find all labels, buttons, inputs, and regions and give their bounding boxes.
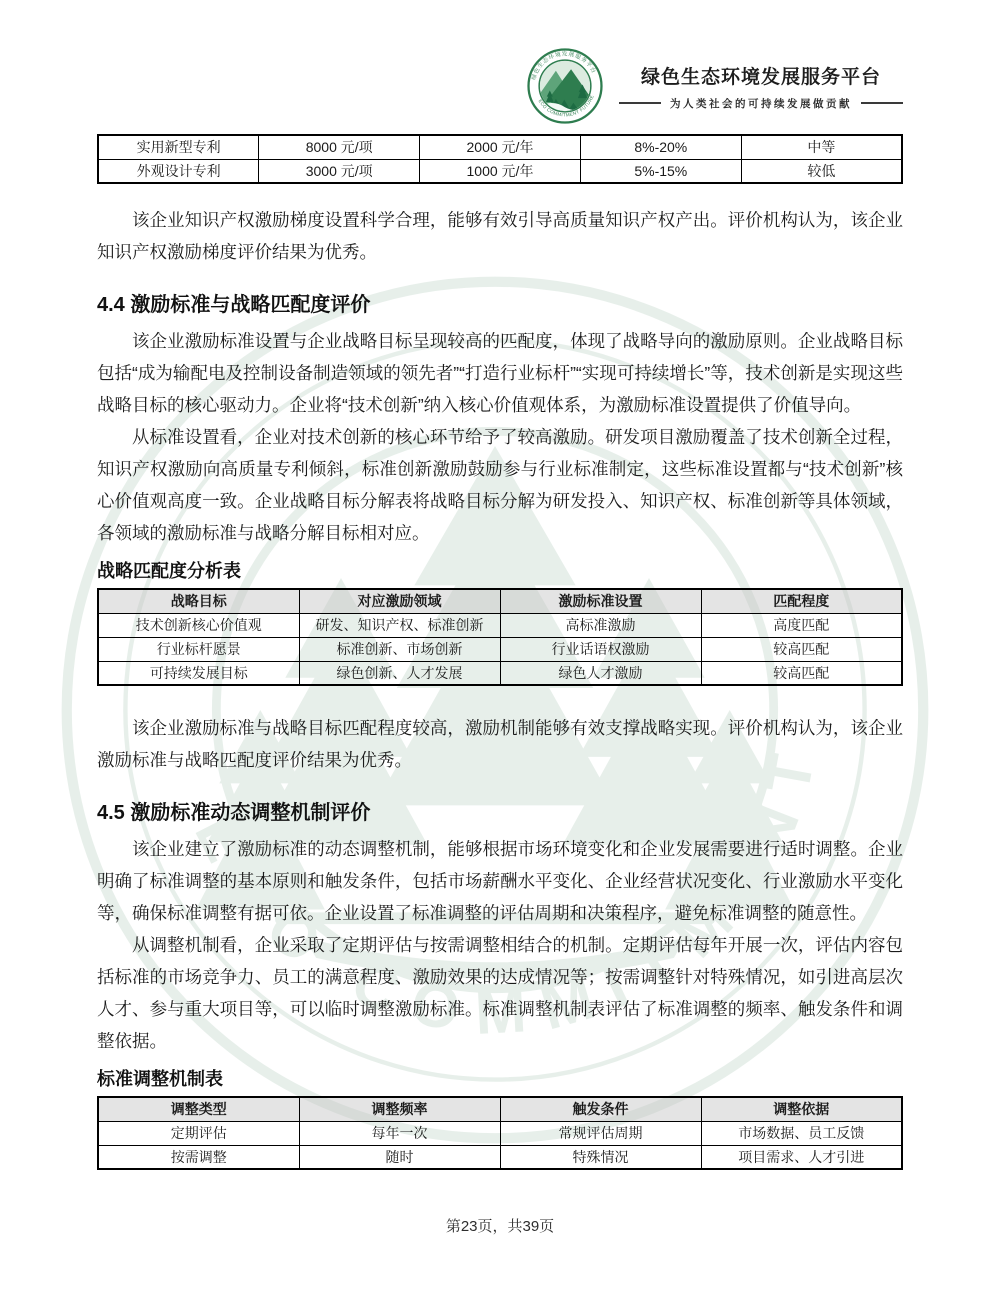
adjustment-table-title: 标准调整机制表: [97, 1065, 903, 1091]
table-cell: 中等: [741, 135, 902, 159]
tagline-dash-right: [861, 102, 903, 104]
header-text-block: 绿色生态环境发展服务平台 为人类社会的可持续发展做贡献: [619, 62, 903, 111]
table-cell: 行业标杆愿景: [98, 637, 299, 661]
document-page: ECO COMMITMENT FUTURE: [0, 0, 1000, 1294]
paragraph-4-5-1: 该企业建立了激励标准的动态调整机制，能够根据市场环境变化和企业发展需要进行适时调…: [97, 833, 903, 929]
table-cell: 外观设计专利: [98, 159, 259, 183]
section-heading-4-4: 4.4 激励标准与战略匹配度评价: [97, 288, 903, 317]
table-header-cell: 匹配程度: [701, 589, 902, 613]
table-header-cell: 激励标准设置: [500, 589, 701, 613]
table-header-cell: 对应激励领域: [299, 589, 500, 613]
page-content: 绿色生态环境发展服务平台 ECO COMMITMENT FUTURE 绿色生态环…: [0, 0, 1000, 1170]
table-cell: 随时: [299, 1145, 500, 1169]
strategy-table-title: 战略匹配度分析表: [97, 557, 903, 583]
table-cell: 5%-15%: [580, 159, 741, 183]
table-cell: 项目需求、人才引进: [701, 1145, 902, 1169]
table-header-cell: 触发条件: [500, 1097, 701, 1121]
paragraph-4-4-2: 从标准设置看，企业对技术创新的核心环节给予了较高激励。研发项目激励覆盖了技术创新…: [97, 421, 903, 549]
platform-logo-icon: 绿色生态环境发展服务平台 ECO COMMITMENT FUTURE: [527, 48, 603, 124]
table-row: 外观设计专利 3000 元/项 1000 元/年 5%-15% 较低: [98, 159, 902, 183]
table-cell: 研发、知识产权、标准创新: [299, 613, 500, 637]
tagline-dash-left: [619, 102, 661, 104]
strategy-match-table: 战略目标 对应激励领域 激励标准设置 匹配程度 技术创新核心价值观 研发、知识产…: [97, 588, 903, 686]
platform-name: 绿色生态环境发展服务平台: [641, 62, 881, 89]
table-cell: 常规评估周期: [500, 1121, 701, 1145]
paragraph-4-4-conclusion: 该企业激励标准与战略目标匹配程度较高，激励机制能够有效支撑战略实现。评价机构认为…: [97, 712, 903, 776]
table-header-cell: 战略目标: [98, 589, 299, 613]
table-cell: 按需调整: [98, 1145, 299, 1169]
table-cell: 8%-20%: [580, 135, 741, 159]
table-header-cell: 调整类型: [98, 1097, 299, 1121]
table-row: 实用新型专利 8000 元/项 2000 元/年 8%-20% 中等: [98, 135, 902, 159]
table-cell: 2000 元/年: [420, 135, 581, 159]
table-header-row: 战略目标 对应激励领域 激励标准设置 匹配程度: [98, 589, 902, 613]
table-cell: 市场数据、员工反馈: [701, 1121, 902, 1145]
table-cell: 技术创新核心价值观: [98, 613, 299, 637]
table-cell: 较高匹配: [701, 661, 902, 685]
table-cell: 可持续发展目标: [98, 661, 299, 685]
table-row: 可持续发展目标 绿色创新、人才发展 绿色人才激励 较高匹配: [98, 661, 902, 685]
footer-page-number: 第23页，共39页: [0, 1215, 1000, 1236]
adjustment-mechanism-table: 调整类型 调整频率 触发条件 调整依据 定期评估 每年一次 常规评估周期 市场数…: [97, 1096, 903, 1170]
table-header-row: 调整类型 调整频率 触发条件 调整依据: [98, 1097, 902, 1121]
table-cell: 3000 元/项: [259, 159, 420, 183]
table-row: 行业标杆愿景 标准创新、市场创新 行业话语权激励 较高匹配: [98, 637, 902, 661]
table-row: 按需调整 随时 特殊情况 项目需求、人才引进: [98, 1145, 902, 1169]
table-cell: 实用新型专利: [98, 135, 259, 159]
table-cell: 1000 元/年: [420, 159, 581, 183]
paragraph-ip-conclusion: 该企业知识产权激励梯度设置科学合理，能够有效引导高质量知识产权产出。评价机构认为…: [97, 204, 903, 268]
platform-tagline: 为人类社会的可持续发展做贡献: [619, 96, 903, 111]
paragraph-4-4-1: 该企业激励标准设置与企业战略目标呈现较高的匹配度，体现了战略导向的激励原则。企业…: [97, 325, 903, 421]
table-cell: 高度匹配: [701, 613, 902, 637]
patent-incentive-table: 实用新型专利 8000 元/项 2000 元/年 8%-20% 中等 外观设计专…: [97, 134, 903, 184]
table-cell: 较高匹配: [701, 637, 902, 661]
table-cell: 绿色创新、人才发展: [299, 661, 500, 685]
table-cell: 8000 元/项: [259, 135, 420, 159]
table-cell: 标准创新、市场创新: [299, 637, 500, 661]
table-cell: 特殊情况: [500, 1145, 701, 1169]
tagline-text: 为人类社会的可持续发展做贡献: [670, 96, 852, 111]
table-cell: 每年一次: [299, 1121, 500, 1145]
section-heading-4-5: 4.5 激励标准动态调整机制评价: [97, 796, 903, 825]
page-header: 绿色生态环境发展服务平台 ECO COMMITMENT FUTURE 绿色生态环…: [97, 0, 903, 124]
paragraph-4-5-2: 从调整机制看，企业采取了定期评估与按需调整相结合的机制。定期评估每年开展一次，评…: [97, 929, 903, 1057]
table-header-cell: 调整频率: [299, 1097, 500, 1121]
table-header-cell: 调整依据: [701, 1097, 902, 1121]
table-cell: 较低: [741, 159, 902, 183]
table-cell: 绿色人才激励: [500, 661, 701, 685]
table-cell: 行业话语权激励: [500, 637, 701, 661]
table-cell: 高标准激励: [500, 613, 701, 637]
table-row: 定期评估 每年一次 常规评估周期 市场数据、员工反馈: [98, 1121, 902, 1145]
table-row: 技术创新核心价值观 研发、知识产权、标准创新 高标准激励 高度匹配: [98, 613, 902, 637]
table-cell: 定期评估: [98, 1121, 299, 1145]
